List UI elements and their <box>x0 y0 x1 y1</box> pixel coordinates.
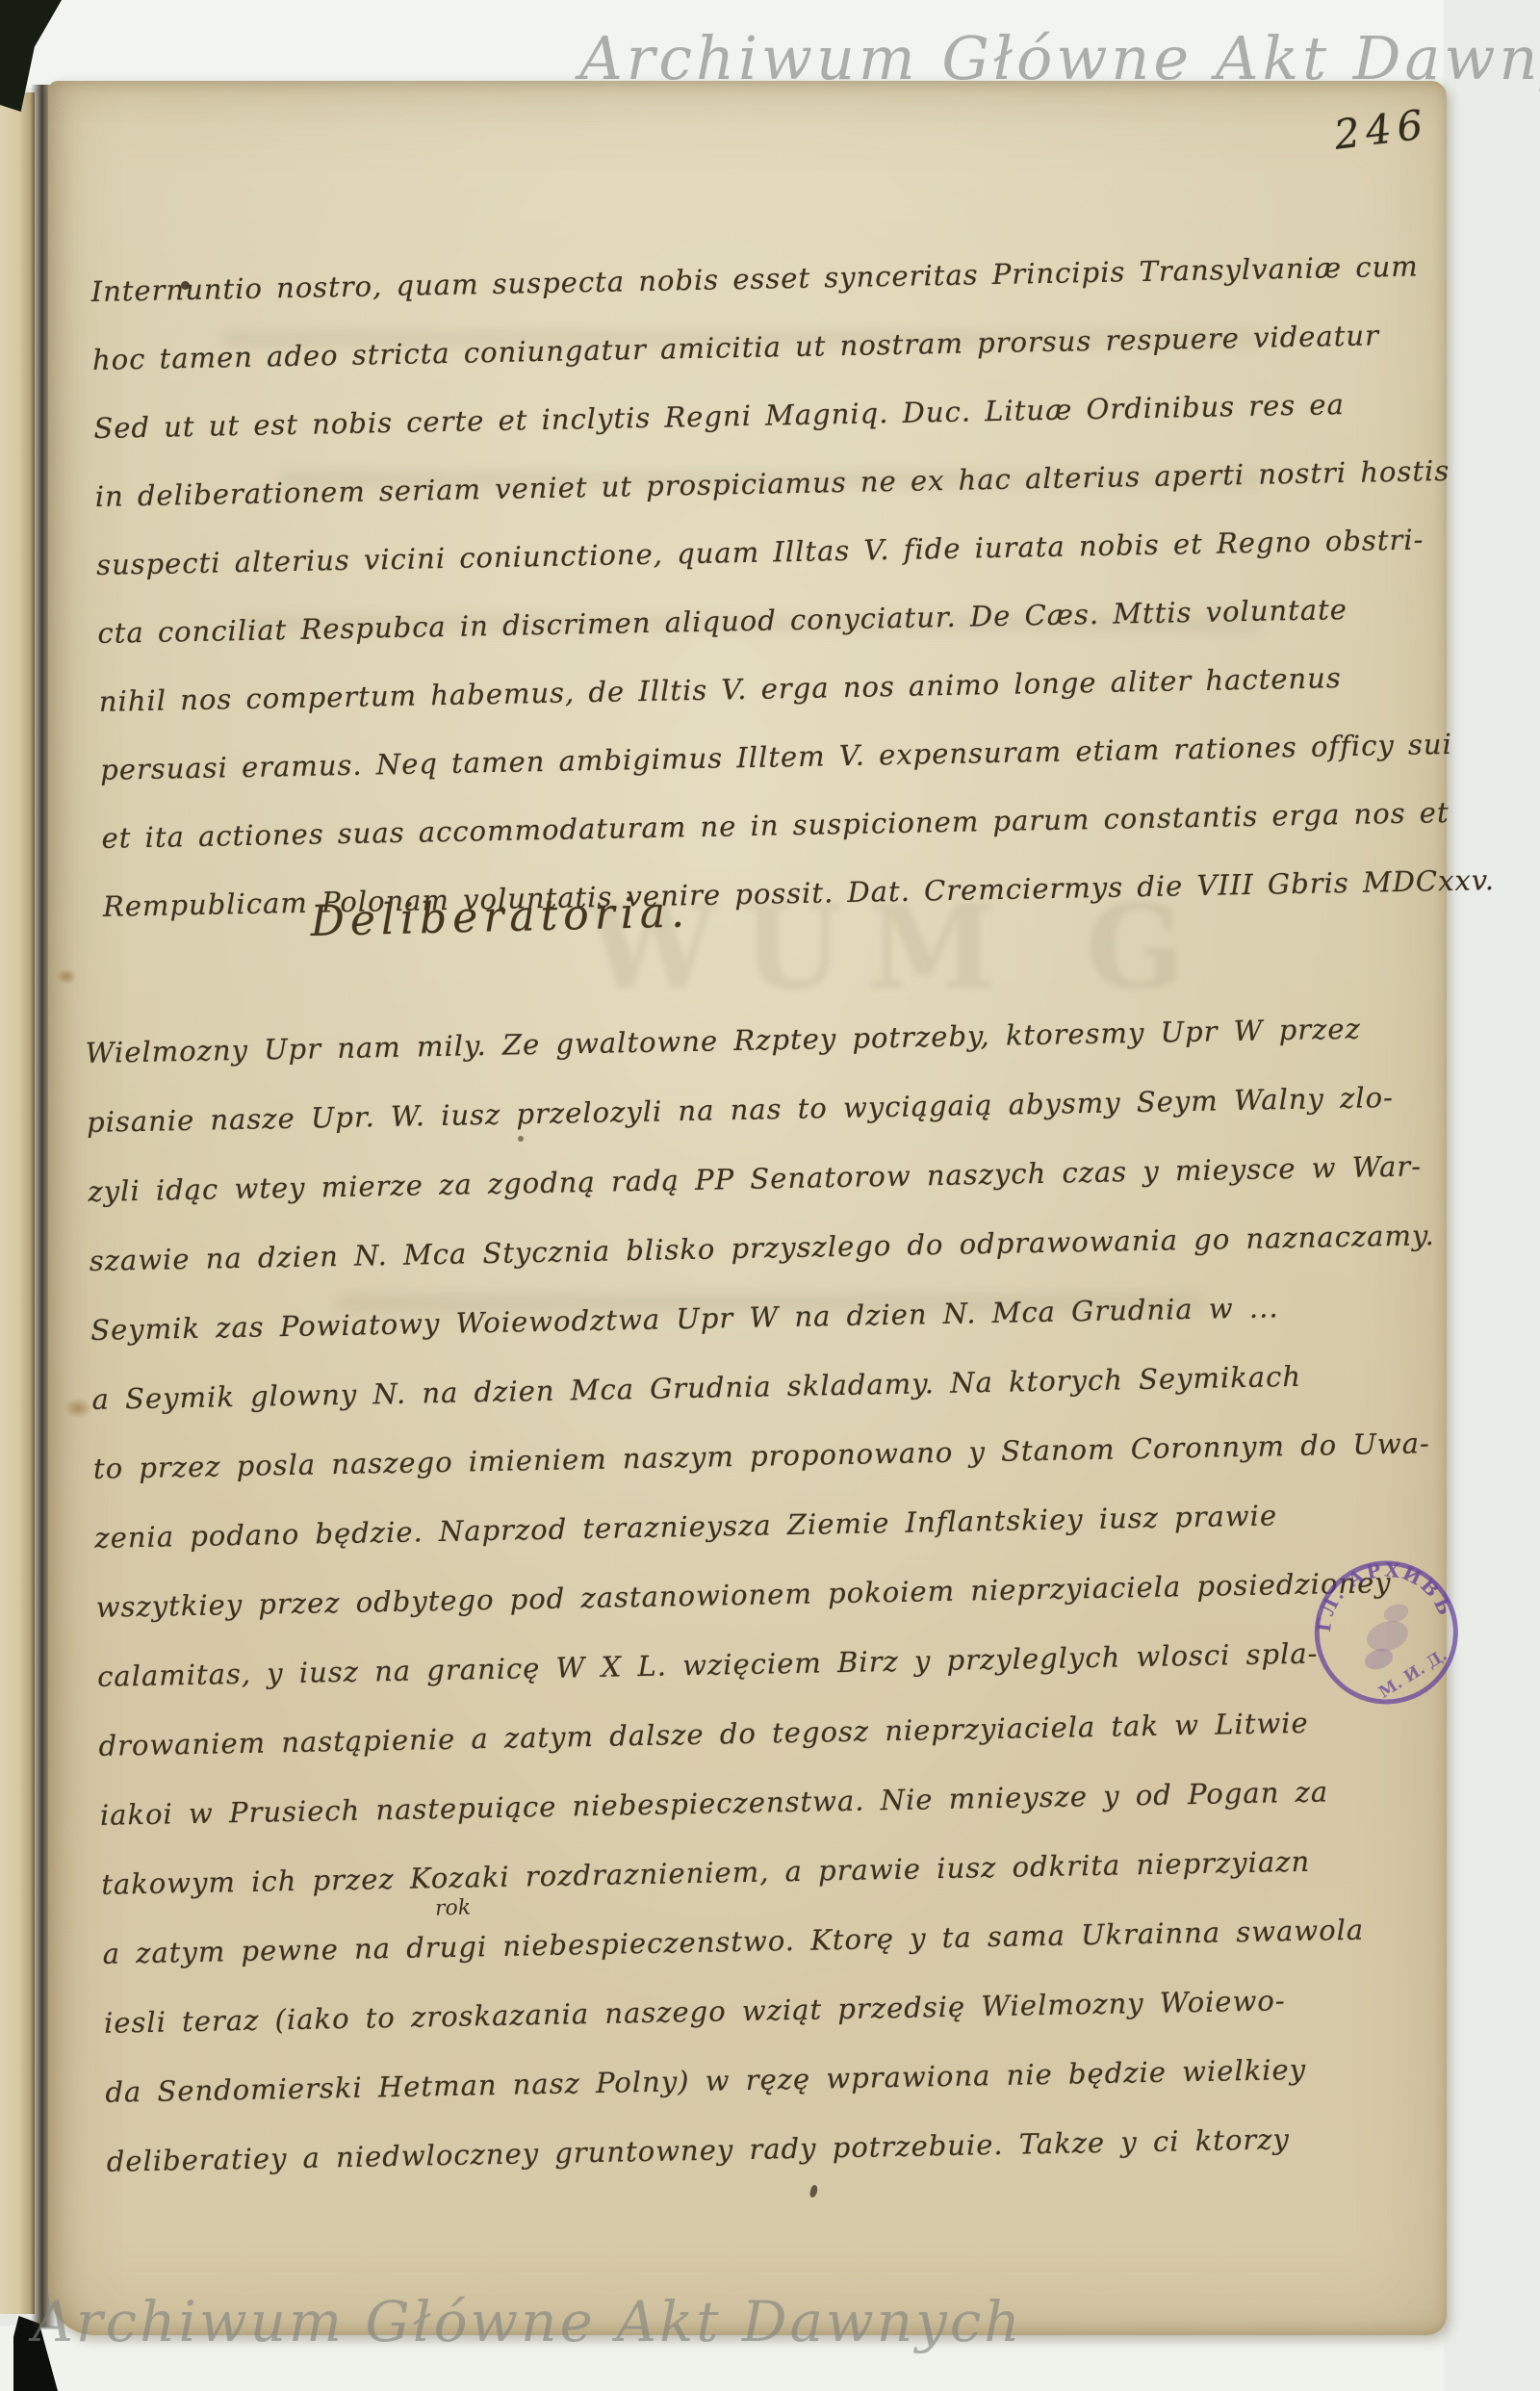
paper-stain <box>64 1398 92 1419</box>
paper-stain <box>56 968 77 985</box>
folio-number: 246 <box>1331 100 1430 159</box>
ink-fleck <box>808 2184 819 2198</box>
interlinear-note: rok <box>435 1895 472 1920</box>
scanned-manuscript-view: WUM G 246 Internuntio nostro, quam suspe… <box>0 0 1540 2391</box>
latin-text-block: Internuntio nostro, quam suspecta nobis … <box>90 231 1496 941</box>
background-band-top <box>0 0 1540 89</box>
previous-page-edge <box>0 92 35 2314</box>
manuscript-page: WUM G 246 Internuntio nostro, quam suspe… <box>48 81 1447 2335</box>
background-band-bottom <box>0 2326 1540 2391</box>
polish-text-block: Wielmozny Upr nam mily. Ze gwaltowne Rzp… <box>85 992 1452 2197</box>
section-heading: Deliberatoria. <box>310 887 691 946</box>
